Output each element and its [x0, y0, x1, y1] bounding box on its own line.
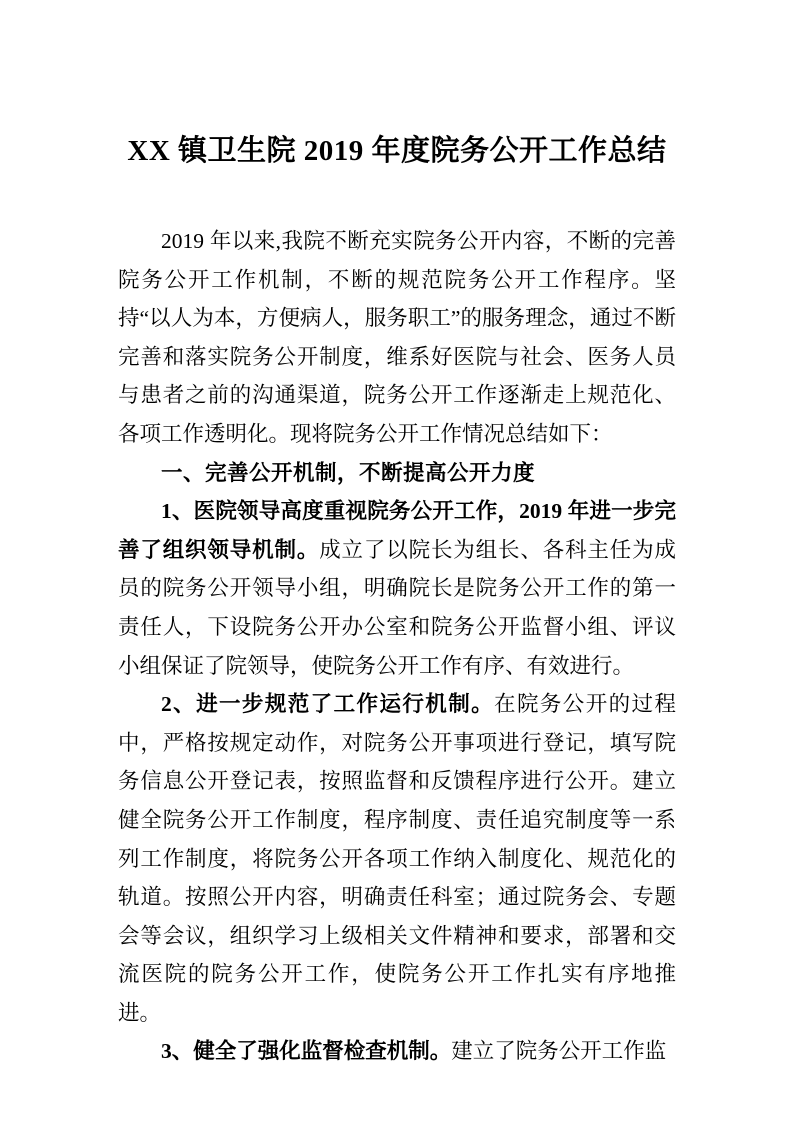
item-3-lead: 3、健全了强化监督检查机制。: [161, 1039, 451, 1063]
item-2-lead: 2、进一步规范了工作运行机制。: [161, 692, 494, 716]
section-1-item-3: 3、健全了强化监督检查机制。建立了院务公开工作监: [118, 1032, 676, 1071]
document-title: XX 镇卫生院 2019 年度院务公开工作总结: [118, 128, 676, 175]
section-1-item-2: 2、进一步规范了工作运行机制。在院务公开的过程中，严格按规定动作，对院务公开事项…: [118, 685, 676, 1032]
item-3-body: 建立了院务公开工作监: [451, 1039, 666, 1063]
section-1-item-1: 1、医院领导高度重视院务公开工作，2019 年进一步完善了组织领导机制。成立了以…: [118, 492, 676, 685]
document-body: 2019 年以来,我院不断充实院务公开内容，不断的完善院务公开工作机制，不断的规…: [118, 222, 676, 1071]
item-2-body: 在院务公开的过程中，严格按规定动作，对院务公开事项进行登记，填写院务信息公开登记…: [118, 692, 676, 1025]
section-1-heading: 一、完善公开机制，不断提高公开力度: [118, 454, 676, 493]
intro-paragraph: 2019 年以来,我院不断充实院务公开内容，不断的完善院务公开工作机制，不断的规…: [118, 222, 676, 454]
document-page: XX 镇卫生院 2019 年度院务公开工作总结 2019 年以来,我院不断充实院…: [0, 0, 793, 1122]
